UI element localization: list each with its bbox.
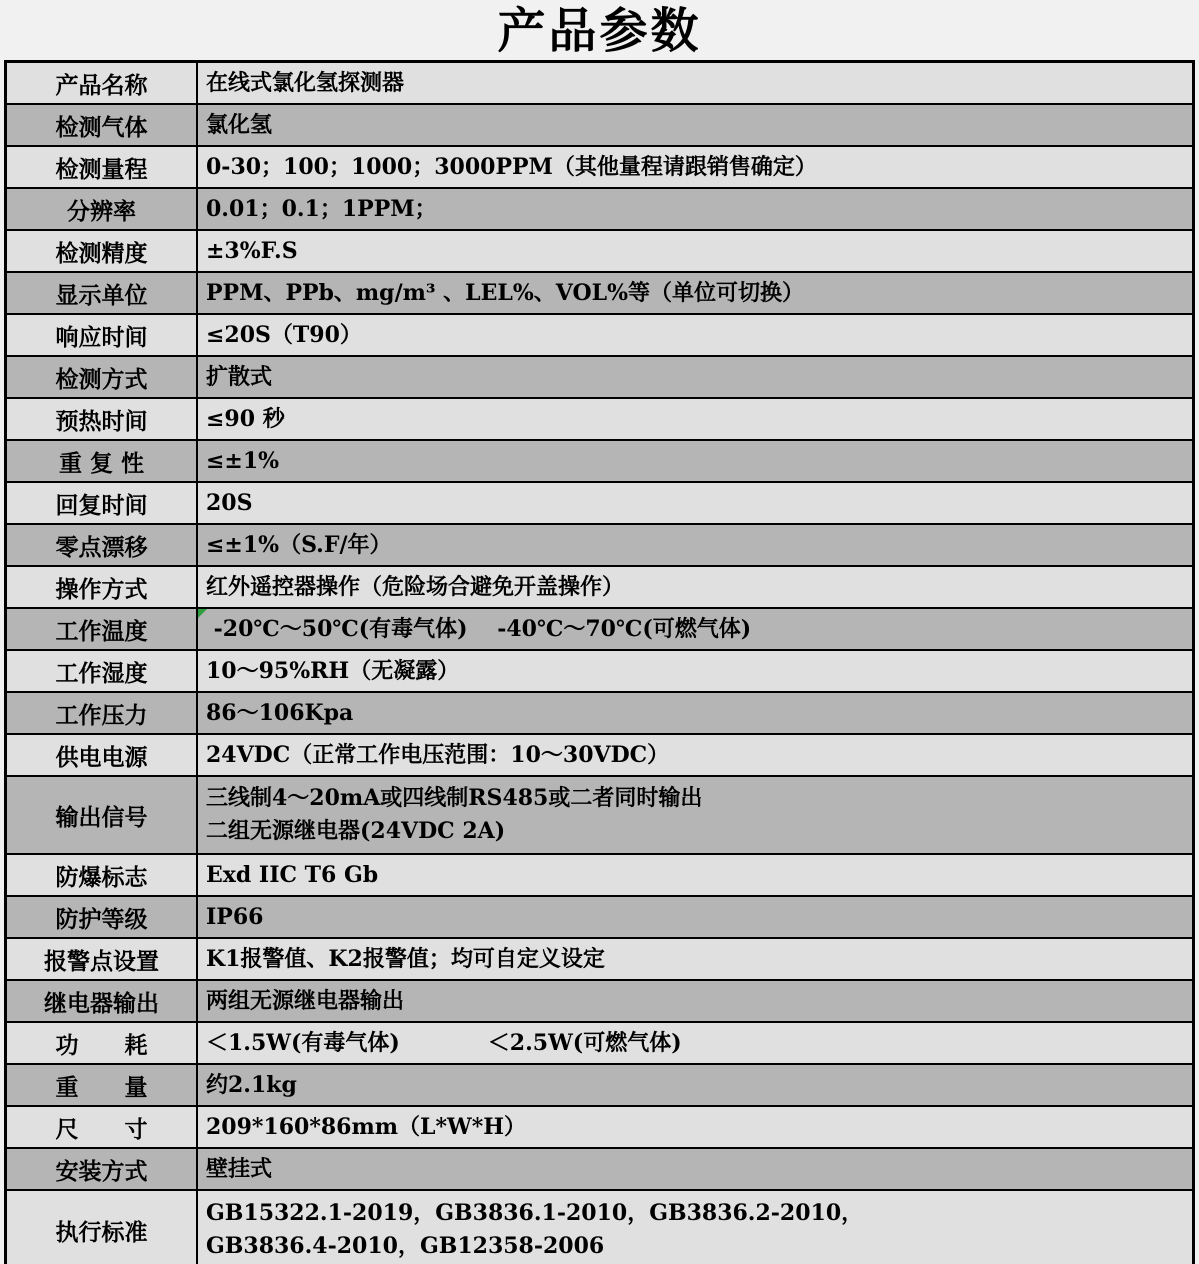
- param-label: 工作压力: [7, 693, 198, 733]
- param-label: 零点漂移: [7, 525, 198, 565]
- table-row-working-pressure: 工作压力 86～106Kpa: [7, 693, 1192, 735]
- param-label: 功 耗: [7, 1023, 198, 1063]
- param-value: ≤±1%（S.F/年）: [198, 525, 1192, 565]
- table-row-display-units: 显示单位 PPM、PPb、mg/m³ 、LEL%、VOL%等（单位可切换）: [7, 273, 1192, 315]
- param-value: ≤20S（T90）: [198, 315, 1192, 355]
- param-value: 壁挂式: [198, 1149, 1192, 1189]
- param-label: 尺 寸: [7, 1107, 198, 1147]
- table-row-warmup-time: 预热时间 ≤90 秒: [7, 399, 1192, 441]
- table-row-protection-rating: 防护等级 IP66: [7, 897, 1192, 939]
- param-label: 操作方式: [7, 567, 198, 607]
- table-row-target-gas: 检测气体 氯化氢: [7, 105, 1192, 147]
- param-value: 24VDC（正常工作电压范围：10～30VDC）: [198, 735, 1192, 775]
- param-value: GB15322.1-2019，GB3836.1-2010，GB3836.2-20…: [198, 1191, 1192, 1264]
- param-label: 工作温度: [7, 609, 198, 649]
- table-row-alarm-setpoints: 报警点设置 K1报警值、K2报警值；均可自定义设定: [7, 939, 1192, 981]
- param-value: PPM、PPb、mg/m³ 、LEL%、VOL%等（单位可切换）: [198, 273, 1192, 313]
- param-value: ≤90 秒: [198, 399, 1192, 439]
- param-value: 0-30；100；1000；3000PPM（其他量程请跟销售确定）: [198, 147, 1192, 187]
- param-label: 检测量程: [7, 147, 198, 187]
- table-row-response-time: 响应时间 ≤20S（T90）: [7, 315, 1192, 357]
- param-label: 检测方式: [7, 357, 198, 397]
- param-value: 红外遥控器操作（危险场合避免开盖操作）: [198, 567, 1192, 607]
- table-row-working-humidity: 工作湿度 10～95%RH（无凝露）: [7, 651, 1192, 693]
- table-row-product-name: 产品名称 在线式氯化氢探测器: [7, 63, 1192, 105]
- param-value: 氯化氢: [198, 105, 1192, 145]
- param-value: 0.01；0.1；1PPM；: [198, 189, 1192, 229]
- param-value: Exd IIC T6 Gb: [198, 855, 1192, 895]
- table-row-resolution: 分辨率 0.01；0.1；1PPM；: [7, 189, 1192, 231]
- param-value: ≤±1%: [198, 441, 1192, 481]
- param-value: 86～106Kpa: [198, 693, 1192, 733]
- param-label: 产品名称: [7, 63, 198, 103]
- param-label: 回复时间: [7, 483, 198, 523]
- table-row-zero-drift: 零点漂移 ≤±1%（S.F/年）: [7, 525, 1192, 567]
- table-row-recovery-time: 回复时间 20S: [7, 483, 1192, 525]
- param-label: 执行标准: [7, 1191, 198, 1264]
- table-row-working-temperature: 工作温度 -20℃～50℃(有毒气体) -40℃～70℃(可燃气体): [7, 609, 1192, 651]
- table-row-power-supply: 供电电源 24VDC（正常工作电压范围：10～30VDC）: [7, 735, 1192, 777]
- table-row-output-signal: 输出信号 三线制4～20mA或四线制RS485或二者同时输出二组无源继电器(24…: [7, 777, 1192, 855]
- param-value: ＜1.5W(有毒气体) ＜2.5W(可燃气体): [198, 1023, 1192, 1063]
- param-value-text: -20℃～50℃(有毒气体) -40℃～70℃(可燃气体): [206, 613, 751, 646]
- param-value: IP66: [198, 897, 1192, 937]
- table-row-weight: 重 量 约2.1kg: [7, 1065, 1192, 1107]
- page-title: 产品参数: [0, 0, 1199, 60]
- param-label: 防护等级: [7, 897, 198, 937]
- param-value: 10～95%RH（无凝露）: [198, 651, 1192, 691]
- param-label: 报警点设置: [7, 939, 198, 979]
- table-row-explosion-proof-mark: 防爆标志 Exd IIC T6 Gb: [7, 855, 1192, 897]
- param-value: 扩散式: [198, 357, 1192, 397]
- param-label: 重 复 性: [7, 441, 198, 481]
- param-label: 重 量: [7, 1065, 198, 1105]
- param-label: 安装方式: [7, 1149, 198, 1189]
- param-value: -20℃～50℃(有毒气体) -40℃～70℃(可燃气体): [198, 609, 1192, 649]
- table-row-mounting-method: 安装方式 壁挂式: [7, 1149, 1192, 1191]
- param-label: 工作湿度: [7, 651, 198, 691]
- param-label: 显示单位: [7, 273, 198, 313]
- table-row-repeatability: 重 复 性 ≤±1%: [7, 441, 1192, 483]
- table-row-accuracy: 检测精度 ±3%F.S: [7, 231, 1192, 273]
- param-value: K1报警值、K2报警值；均可自定义设定: [198, 939, 1192, 979]
- product-spec-page: 产品参数 产品名称 在线式氯化氢探测器 检测气体 氯化氢 检测量程 0-30；1…: [0, 0, 1199, 1264]
- table-row-standards: 执行标准 GB15322.1-2019，GB3836.1-2010，GB3836…: [7, 1191, 1192, 1264]
- param-label: 响应时间: [7, 315, 198, 355]
- param-value: 在线式氯化氢探测器: [198, 63, 1192, 103]
- param-label: 防爆标志: [7, 855, 198, 895]
- param-label: 检测精度: [7, 231, 198, 271]
- param-label: 预热时间: [7, 399, 198, 439]
- param-value: 约2.1kg: [198, 1065, 1192, 1105]
- table-row-detection-range: 检测量程 0-30；100；1000；3000PPM（其他量程请跟销售确定）: [7, 147, 1192, 189]
- param-label: 检测气体: [7, 105, 198, 145]
- param-label: 继电器输出: [7, 981, 198, 1021]
- cell-comment-marker-icon: [198, 609, 207, 618]
- param-label: 供电电源: [7, 735, 198, 775]
- table-row-operation-method: 操作方式 红外遥控器操作（危险场合避免开盖操作）: [7, 567, 1192, 609]
- spec-table: 产品名称 在线式氯化氢探测器 检测气体 氯化氢 检测量程 0-30；100；10…: [4, 60, 1195, 1264]
- table-row-dimensions: 尺 寸 209*160*86mm（L*W*H）: [7, 1107, 1192, 1149]
- table-row-power-consumption: 功 耗 ＜1.5W(有毒气体) ＜2.5W(可燃气体): [7, 1023, 1192, 1065]
- param-value-text: 三线制4～20mA或四线制RS485或二者同时输出二组无源继电器(24VDC 2…: [206, 782, 702, 848]
- param-value-text: GB15322.1-2019，GB3836.1-2010，GB3836.2-20…: [206, 1197, 863, 1263]
- param-value: 209*160*86mm（L*W*H）: [198, 1107, 1192, 1147]
- param-value: ±3%F.S: [198, 231, 1192, 271]
- table-row-relay-output: 继电器输出 两组无源继电器输出: [7, 981, 1192, 1023]
- param-label: 分辨率: [7, 189, 198, 229]
- param-value: 三线制4～20mA或四线制RS485或二者同时输出二组无源继电器(24VDC 2…: [198, 777, 1192, 853]
- table-row-detection-method: 检测方式 扩散式: [7, 357, 1192, 399]
- param-value: 20S: [198, 483, 1192, 523]
- param-value: 两组无源继电器输出: [198, 981, 1192, 1021]
- param-label: 输出信号: [7, 777, 198, 853]
